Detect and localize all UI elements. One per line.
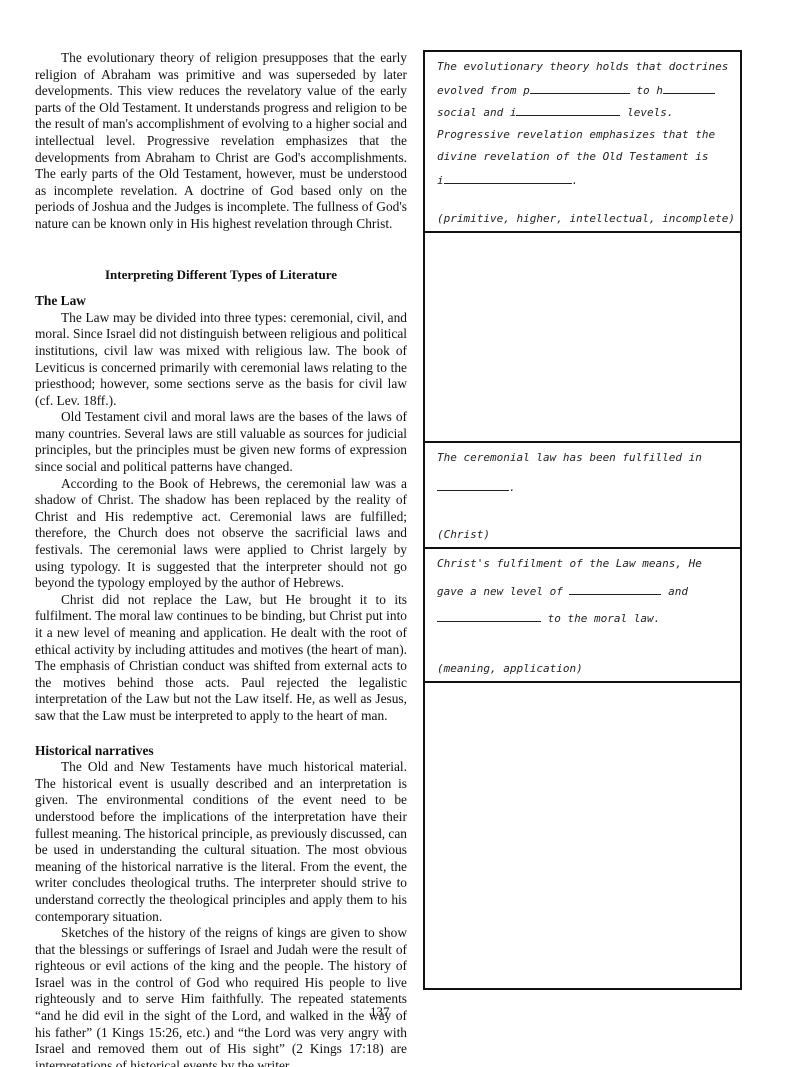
fill-blank[interactable] <box>516 105 620 116</box>
intro-paragraph: The evolutionary theory of religion pres… <box>35 50 407 233</box>
fill-blank[interactable] <box>663 83 715 94</box>
frame-text: evolved from p <box>437 84 530 97</box>
frame-text: . <box>572 174 579 187</box>
answer-key: (meaning, application) <box>437 662 583 675</box>
page-number: 137 <box>370 1004 390 1020</box>
answer-key: (primitive, higher, intellectual, incomp… <box>437 212 735 225</box>
frame-text: gave a new level of <box>437 585 569 598</box>
frame-text: levels. <box>620 106 673 119</box>
frame-text: and <box>661 585 688 598</box>
fill-blank[interactable] <box>437 611 541 622</box>
frame-text: to the moral law. <box>541 612 660 625</box>
frame-empty <box>425 233 740 443</box>
frame-ceremonial-law: The ceremonial law has been fulfilled in… <box>425 443 740 549</box>
section-title: Interpreting Different Types of Literatu… <box>35 267 407 284</box>
workbook-frames: The evolutionary theory holds that doctr… <box>423 50 742 990</box>
frame-text: to h <box>630 84 663 97</box>
law-paragraph: Old Testament civil and moral laws are t… <box>35 409 407 475</box>
frame-text: . <box>509 481 516 494</box>
frame-text: The ceremonial law has been fulfilled in <box>437 451 702 464</box>
fill-blank[interactable] <box>569 584 661 595</box>
law-paragraph: Christ did not replace the Law, but He b… <box>35 592 407 725</box>
frame-text: divine revelation of the Old Testament i… <box>437 150 709 163</box>
fill-blank[interactable] <box>444 173 572 184</box>
frame-evolutionary-theory: The evolutionary theory holds that doctr… <box>425 52 740 233</box>
subheading-the-law: The Law <box>35 293 407 310</box>
frame-empty <box>425 683 740 988</box>
frame-text: The evolutionary theory holds that doctr… <box>437 60 728 73</box>
subheading-historical-narratives: Historical narratives <box>35 743 407 760</box>
frame-text: Progressive revelation emphasizes that t… <box>437 128 715 141</box>
main-text-column: The evolutionary theory of religion pres… <box>35 50 407 1067</box>
frame-text: Christ's fulfilment of the Law means, He <box>437 557 702 570</box>
historical-paragraph: Sketches of the history of the reigns of… <box>35 925 407 1067</box>
fill-blank[interactable] <box>437 480 509 491</box>
law-paragraph: According to the Book of Hebrews, the ce… <box>35 476 407 592</box>
historical-paragraph: The Old and New Testaments have much his… <box>35 759 407 925</box>
fill-blank[interactable] <box>530 83 630 94</box>
frame-text: social and i <box>437 106 516 119</box>
frame-fulfilment: Christ's fulfilment of the Law means, He… <box>425 549 740 683</box>
law-paragraph: The Law may be divided into three types:… <box>35 310 407 410</box>
answer-key: (Christ) <box>437 528 490 541</box>
frame-text: i <box>437 174 444 187</box>
